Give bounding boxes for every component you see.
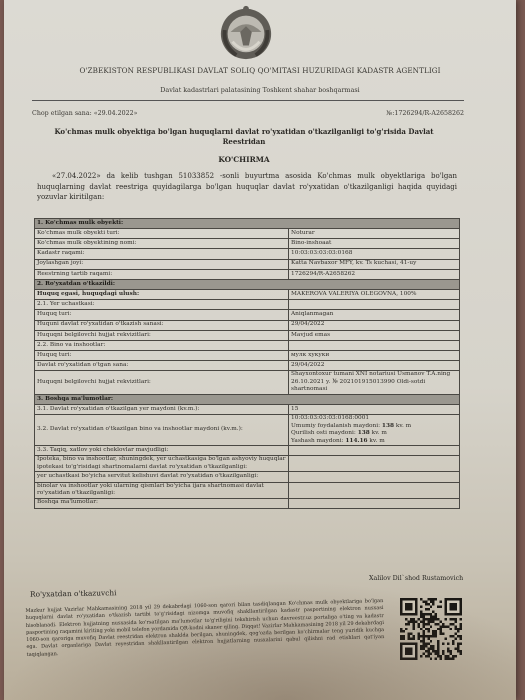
field-value: Noturar [289, 229, 460, 239]
section-heading: 2. Ro'yxatdan o'tkazildi: [35, 279, 460, 289]
department-name: Davlat kadastrlari palatasining Toshkent… [4, 86, 516, 94]
print-date: Chop etilgan sana: «29.04.2022» [32, 110, 138, 117]
field-value: 10:03:03:03:03:0168:0001Umumiy foydalani… [289, 415, 460, 446]
field-value [289, 300, 460, 310]
field-label: Davlat ro'yxatidan o'tgan sana: [35, 361, 289, 371]
field-value: Shayxontoxur tumani XNI notariusi Usmano… [289, 371, 460, 395]
table-row: 3.3. Taqiq, xatlov yoki cheklovlar mavju… [35, 446, 460, 456]
section-heading: 1. Ko'chmas mulk obyekti: [35, 219, 460, 229]
registry-table: 1. Ko'chmas mulk obyekti:Ko'chmas mulk o… [34, 218, 460, 509]
field-value: Katta Navbaxor MFY, kv. Ts kuchasi, 41-u… [289, 259, 460, 269]
field-label: Ko'chmas mulk obyekti turi: [35, 229, 289, 239]
intro-paragraph: «27.04.2022» da kelib tushgan 51033852 -… [37, 171, 457, 203]
field-label: Huquni davlat ro'yxatidan o'tkazish sana… [35, 320, 289, 330]
section-heading-row: 2. Ro'yxatdan o'tkazildi: [35, 279, 460, 289]
state-emblem-icon [217, 3, 275, 61]
document-title: Ko'chmas mulk obyektiga bo'lgan huquqlar… [44, 127, 444, 147]
section-heading-row: 3. Boshqa ma'lumotlar: [35, 394, 460, 404]
field-value: мулк хукуки [289, 351, 460, 361]
field-value: 10:03:03:03:03:0168 [289, 249, 460, 259]
document-page: O'ZBEKISTON RESPUBLIKASI DAVLAT SOLIQ QO… [4, 0, 516, 700]
field-label: binolar va inshootlar yoki ularning qism… [35, 482, 289, 498]
table-row: Huquqni belgilovchi hujjat rekvizitlari:… [35, 371, 460, 395]
field-label: Huquqni belgilovchi hujjat rekvizitlari: [35, 371, 289, 395]
field-value [289, 446, 460, 456]
signer-name: Xalilov Dil`shod Rustamovich [369, 575, 463, 582]
header-divider [32, 100, 464, 101]
field-value: Mavjud emas [289, 330, 460, 340]
field-label: Huquq turi: [35, 310, 289, 320]
table-row: 2.1. Yer uchastkasi: [35, 300, 460, 310]
table-row: 3.2. Davlat ro'yxatidan o'tkazilgan bino… [35, 415, 460, 446]
field-value: 29/04/2022 [289, 320, 460, 330]
table-row: yer uchastkasi bo'yicha servitut kelishu… [35, 472, 460, 482]
field-label: yer uchastkasi bo'yicha servitut kelishu… [35, 472, 289, 482]
field-label: Ipoteka, bino va inshootlar, shuningdek,… [35, 456, 289, 472]
table-row: Huquqni belgilovchi hujjat rekvizitlari:… [35, 330, 460, 340]
signer-label: Ro'yxatdan o'tkazuvchi [30, 588, 117, 599]
table-row: Joylashgan joyi:Katta Navbaxor MFY, kv. … [35, 259, 460, 269]
table-row: Huquq egasi, huquqdagi ulush:MAKEROVA VA… [35, 289, 460, 299]
document-number: №:1726294/R-A2658262 [386, 110, 464, 117]
field-value: 1726294/R-A2658262 [289, 269, 460, 279]
field-value: Aniqlanmagan [289, 310, 460, 320]
field-label: Huquq egasi, huquqdagi ulush: [35, 289, 289, 299]
table-row: Huquq turi:Aniqlanmagan [35, 310, 460, 320]
field-label: Joylashgan joyi: [35, 259, 289, 269]
table-row: Kadastr raqami:10:03:03:03:03:0168 [35, 249, 460, 259]
field-label: Huquq turi: [35, 351, 289, 361]
table-row: binolar va inshootlar yoki ularning qism… [35, 482, 460, 498]
field-value [289, 482, 460, 498]
field-label: 3.1. Davlat ro'yxatidan o'tkazilgan yer … [35, 404, 289, 414]
field-label: Kadastr raqami: [35, 249, 289, 259]
legal-footnote: Mazkur hujjat Vazirlar Mahkamasining 201… [25, 598, 384, 659]
field-label: 3.2. Davlat ro'yxatidan o'tkazilgan bino… [35, 415, 289, 446]
table-row: Boshqa ma'lumotlar: [35, 498, 460, 508]
field-label: Ko'chmas mulk obyektining nomi: [35, 239, 289, 249]
field-value: Bino-inshoaat [289, 239, 460, 249]
table-row: Huquq turi:мулк хукуки [35, 351, 460, 361]
table-row: 3.1. Davlat ro'yxatidan o'tkazilgan yer … [35, 404, 460, 414]
organization-title: O'ZBEKISTON RESPUBLIKASI DAVLAT SOLIQ QO… [4, 66, 516, 75]
table-row: Davlat ro'yxatidan o'tgan sana:29/04/202… [35, 361, 460, 371]
field-value: MAKEROVA VALERIYA OLEGOVNA, 100% [289, 289, 460, 299]
field-label: 2.2. Bino va inshootlar: [35, 340, 289, 350]
table-row: Ko'chmas mulk obyektining nomi:Bino-insh… [35, 239, 460, 249]
table-row: Ipoteka, bino va inshootlar, shuningdek,… [35, 456, 460, 472]
field-label: Huquqni belgilovchi hujjat rekvizitlari: [35, 330, 289, 340]
field-value [289, 498, 460, 508]
field-value [289, 456, 460, 472]
table-row: 2.2. Bino va inshootlar: [35, 340, 460, 350]
section-heading: 3. Boshqa ma'lumotlar: [35, 394, 460, 404]
field-label: 3.3. Taqiq, xatlov yoki cheklovlar mavju… [35, 446, 289, 456]
table-row: Huquni davlat ro'yxatidan o'tkazish sana… [35, 320, 460, 330]
table-row: Ko'chmas mulk obyekti turi:Noturar [35, 229, 460, 239]
field-label: Boshqa ma'lumotlar: [35, 498, 289, 508]
field-value: 29/04/2022 [289, 361, 460, 371]
document-subtitle: KO'CHIRMA [4, 155, 484, 164]
field-label: Reestrning tartib raqami: [35, 269, 289, 279]
field-value [289, 472, 460, 482]
section-heading-row: 1. Ko'chmas mulk obyekti: [35, 219, 460, 229]
field-value [289, 340, 460, 350]
field-label: 2.1. Yer uchastkasi: [35, 300, 289, 310]
table-row: Reestrning tartib raqami:1726294/R-A2658… [35, 269, 460, 279]
field-value: 15 [289, 404, 460, 414]
qr-code-icon [400, 597, 462, 661]
